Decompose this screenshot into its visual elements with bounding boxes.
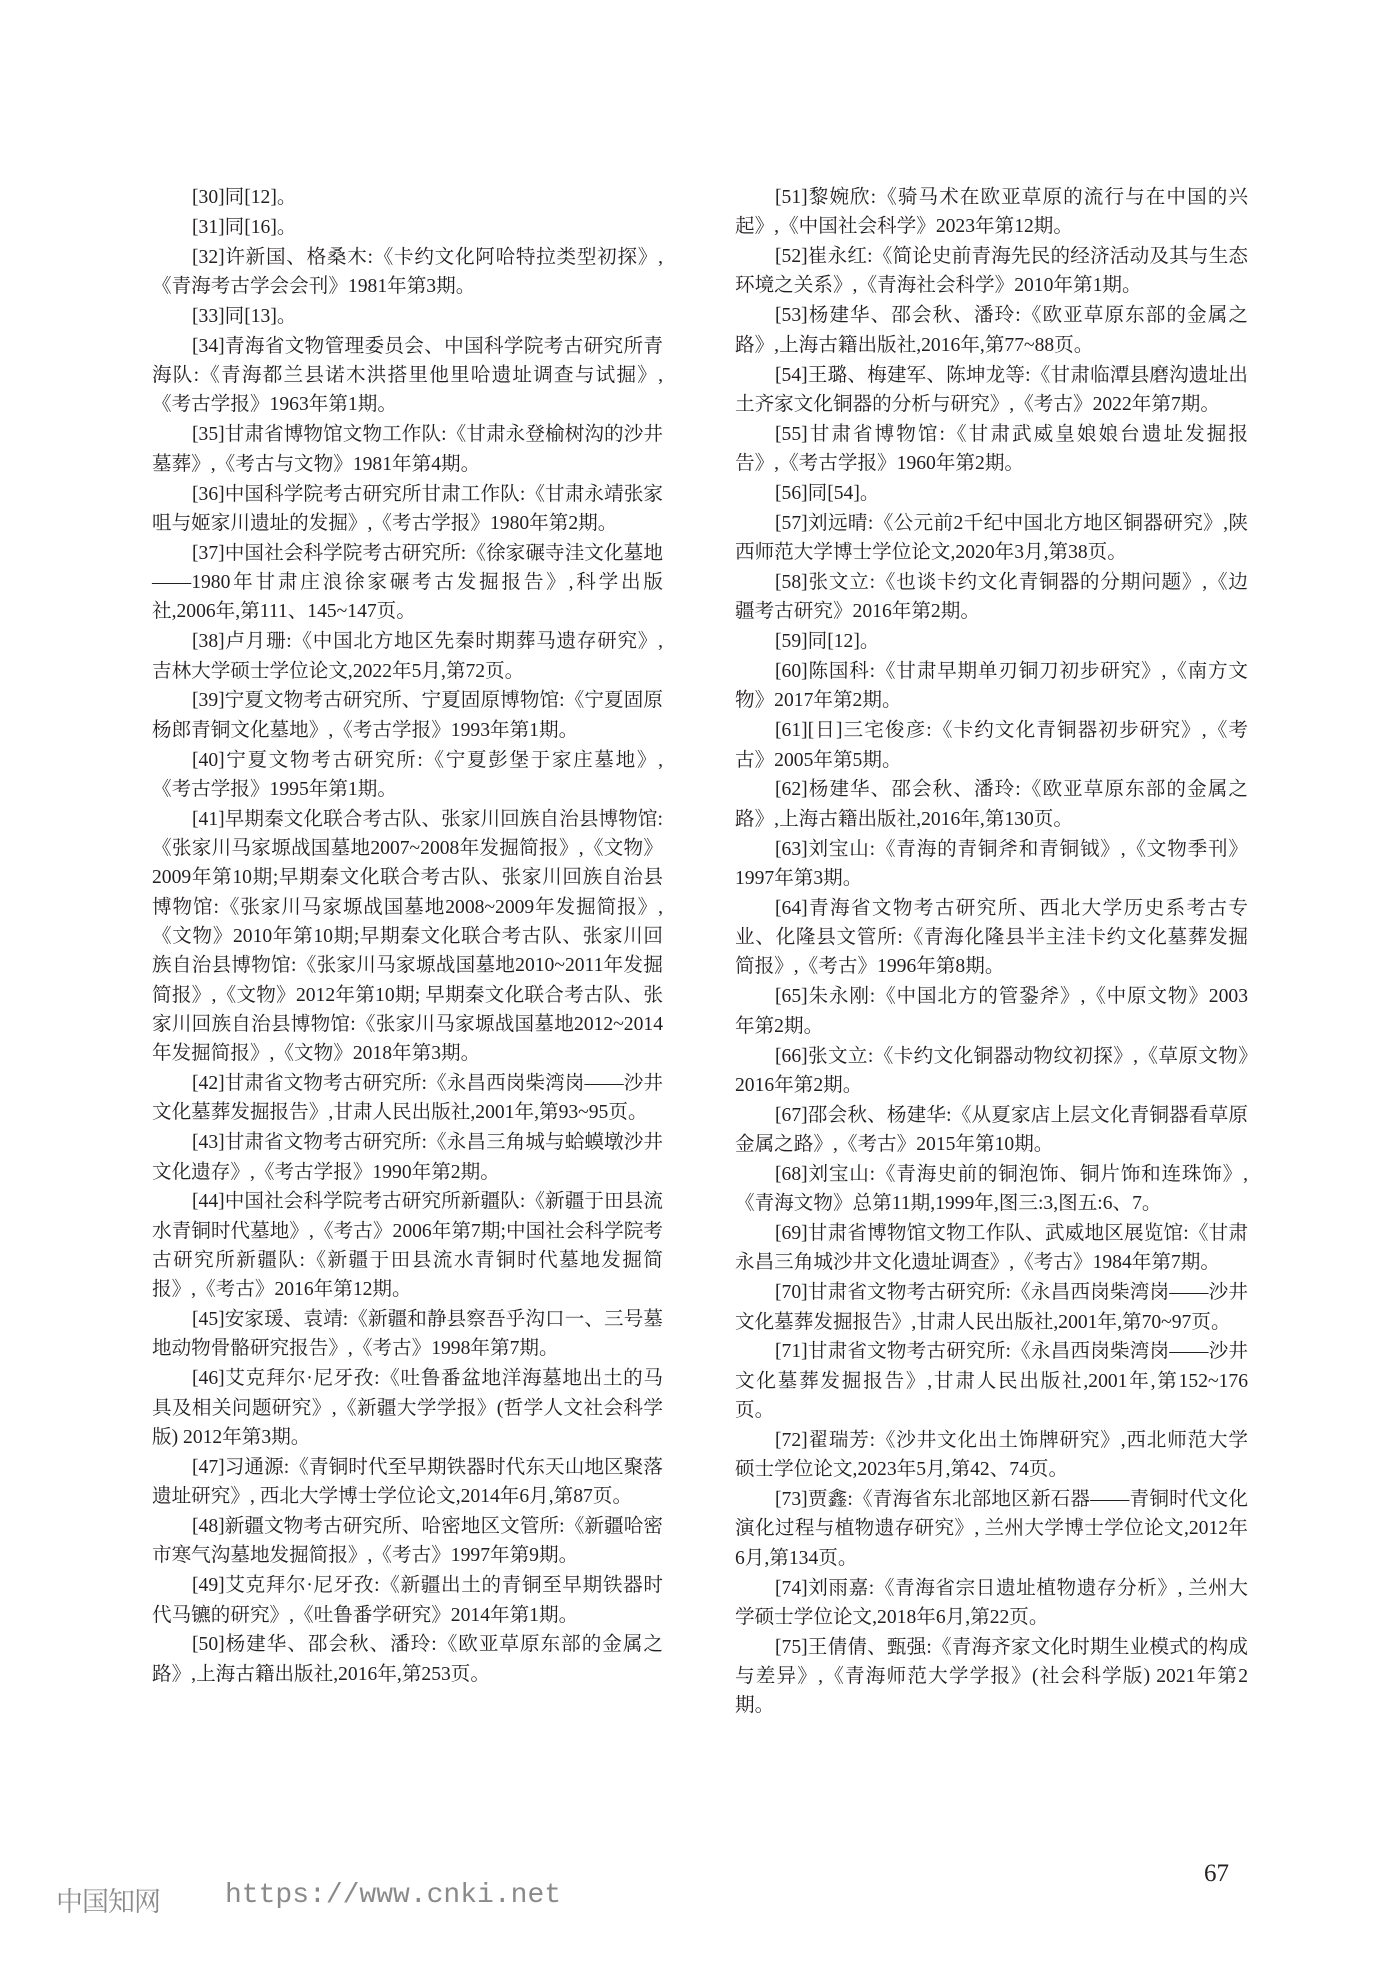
reference-entry: [44]中国社会科学院考古研究所新疆队:《新疆于田县流水青铜时代墓地》,《考古》… [152, 1187, 663, 1304]
reference-entry: [32]许新国、格桑木:《卡约文化阿哈特拉类型初探》,《青海考古学会会刊》198… [152, 243, 663, 302]
reference-entry: [67]邵会秋、杨建华:《从夏家店上层文化青铜器看草原金属之路》,《考古》201… [735, 1101, 1248, 1160]
reference-entry: [52]崔永红:《简论史前青海先民的经济活动及其与生态环境之关系》,《青海社会科… [735, 242, 1248, 301]
reference-entry: [64]青海省文物考古研究所、西北大学历史系考古专业、化隆县文管所:《青海化隆县… [735, 894, 1248, 982]
reference-entry: [49]艾克拜尔·尼牙孜:《新疆出土的青铜至早期铁器时代马镳的研究》,《吐鲁番学… [152, 1571, 663, 1630]
reference-entry: [39]宁夏文物考古研究所、宁夏固原博物馆:《宁夏固原杨郎青铜文化墓地》,《考古… [152, 686, 663, 745]
reference-entry: [48]新疆文物考古研究所、哈密地区文管所:《新疆哈密市寒气沟墓地发掘简报》,《… [152, 1512, 663, 1571]
reference-entry: [75]王倩倩、甄强:《青海齐家文化时期生业模式的构成与差异》,《青海师范大学学… [735, 1633, 1248, 1721]
references-right-column: [51]黎婉欣:《骑马术在欧亚草原的流行与在中国的兴起》,《中国社会科学》202… [735, 183, 1248, 1721]
reference-entry: [72]翟瑞芳:《沙井文化出土饰牌研究》,西北师范大学硕士学位论文,2023年5… [735, 1426, 1248, 1485]
reference-entry: [34]青海省文物管理委员会、中国科学院考古研究所青海队:《青海都兰县诺木洪搭里… [152, 332, 663, 420]
reference-entry: [47]习通源:《青铜时代至早期铁器时代东天山地区聚落遗址研究》, 西北大学博士… [152, 1453, 663, 1512]
reference-entry: [66]张文立:《卡约文化铜器动物纹初探》,《草原文物》2016年第2期。 [735, 1042, 1248, 1101]
reference-entry: [61][日]三宅俊彦:《卡约文化青铜器初步研究》,《考古》2005年第5期。 [735, 716, 1248, 775]
reference-entry: [50]杨建华、邵会秋、潘玲:《欧亚草原东部的金属之路》,上海古籍出版社,201… [152, 1630, 663, 1689]
reference-entry: [40]宁夏文物考古研究所:《宁夏彭堡于家庄墓地》,《考古学报》1995年第1期… [152, 746, 663, 805]
reference-entry: [60]陈国科:《甘肃早期单刃铜刀初步研究》,《南方文物》2017年第2期。 [735, 657, 1248, 716]
reference-entry: [62]杨建华、邵会秋、潘玲:《欧亚草原东部的金属之路》,上海古籍出版社,201… [735, 775, 1248, 834]
reference-entry: [43]甘肃省文物考古研究所:《永昌三角城与蛤蟆墩沙井文化遗存》,《考古学报》1… [152, 1128, 663, 1187]
reference-entry: [73]贾鑫:《青海省东北部地区新石器——青铜时代文化演化过程与植物遗存研究》,… [735, 1485, 1248, 1573]
reference-entry: [71]甘肃省文物考古研究所:《永昌西岗柴湾岗——沙井文化墓葬发掘报告》,甘肃人… [735, 1337, 1248, 1425]
reference-entry: [37]中国社会科学院考古研究所:《徐家碾寺洼文化墓地——1980年甘肃庄浪徐家… [152, 539, 663, 627]
reference-entry: [58]张文立:《也谈卡约文化青铜器的分期问题》,《边疆考古研究》2016年第2… [735, 568, 1248, 627]
reference-entry: [74]刘雨嘉:《青海省宗日遗址植物遗存分析》, 兰州大学硕士学位论文,2018… [735, 1574, 1248, 1633]
reference-entry: [70]甘肃省文物考古研究所:《永昌西岗柴湾岗——沙井文化墓葬发掘报告》,甘肃人… [735, 1278, 1248, 1337]
reference-entry: [35]甘肃省博物馆文物工作队:《甘肃永登榆树沟的沙井墓葬》,《考古与文物》19… [152, 420, 663, 479]
reference-entry: [54]王璐、梅建军、陈坤龙等:《甘肃临潭县磨沟遗址出土齐家文化铜器的分析与研究… [735, 361, 1248, 420]
reference-entry: [65]朱永刚:《中国北方的管銎斧》,《中原文物》2003年第2期。 [735, 982, 1248, 1041]
cnki-watermark-name: 中国知网 [56, 1880, 160, 1919]
reference-entry: [51]黎婉欣:《骑马术在欧亚草原的流行与在中国的兴起》,《中国社会科学》202… [735, 183, 1248, 242]
references-left-column: [30]同[12]。 [31]同[16]。 [32]许新国、格桑木:《卡约文化阿… [152, 183, 663, 1690]
reference-entry: [57]刘远晴:《公元前2千纪中国北方地区铜器研究》,陕西师范大学博士学位论文,… [735, 509, 1248, 568]
reference-entry: [68]刘宝山:《青海史前的铜泡饰、铜片饰和连珠饰》,《青海文物》总第11期,1… [735, 1160, 1248, 1219]
reference-entry: [41]早期秦文化联合考古队、张家川回族自治县博物馆:《张家川马家塬战国墓地20… [152, 805, 663, 1069]
reference-entry: [69]甘肃省博物馆文物工作队、武威地区展览馆:《甘肃永昌三角城沙井文化遗址调查… [735, 1219, 1248, 1278]
reference-entry: [36]中国科学院考古研究所甘肃工作队:《甘肃永靖张家咀与姬家川遗址的发掘》,《… [152, 480, 663, 539]
reference-entry: [42]甘肃省文物考古研究所:《永昌西岗柴湾岗——沙井文化墓葬发掘报告》,甘肃人… [152, 1069, 663, 1128]
page-number: 67 [1204, 1860, 1229, 1888]
reference-entry: [45]安家瑗、袁靖:《新疆和静县察吾乎沟口一、三号墓地动物骨骼研究报告》,《考… [152, 1305, 663, 1364]
reference-entry: [55]甘肃省博物馆:《甘肃武威皇娘娘台遗址发掘报告》,《考古学报》1960年第… [735, 420, 1248, 479]
cnki-watermark-url: https://www.cnki.net [225, 1880, 561, 1911]
reference-entry: [31]同[16]。 [152, 213, 663, 242]
reference-entry: [56]同[54]。 [735, 479, 1248, 508]
reference-entry: [33]同[13]。 [152, 302, 663, 331]
reference-entry: [63]刘宝山:《青海的青铜斧和青铜钺》,《文物季刊》1997年第3期。 [735, 835, 1248, 894]
reference-entry: [30]同[12]。 [152, 183, 663, 212]
reference-entry: [53]杨建华、邵会秋、潘玲:《欧亚草原东部的金属之路》,上海古籍出版社,201… [735, 301, 1248, 360]
reference-entry: [59]同[12]。 [735, 627, 1248, 656]
reference-entry: [46]艾克拜尔·尼牙孜:《吐鲁番盆地洋海墓地出土的马具及相关问题研究》,《新疆… [152, 1364, 663, 1452]
reference-entry: [38]卢月珊:《中国北方地区先秦时期葬马遗存研究》,吉林大学硕士学位论文,20… [152, 627, 663, 686]
